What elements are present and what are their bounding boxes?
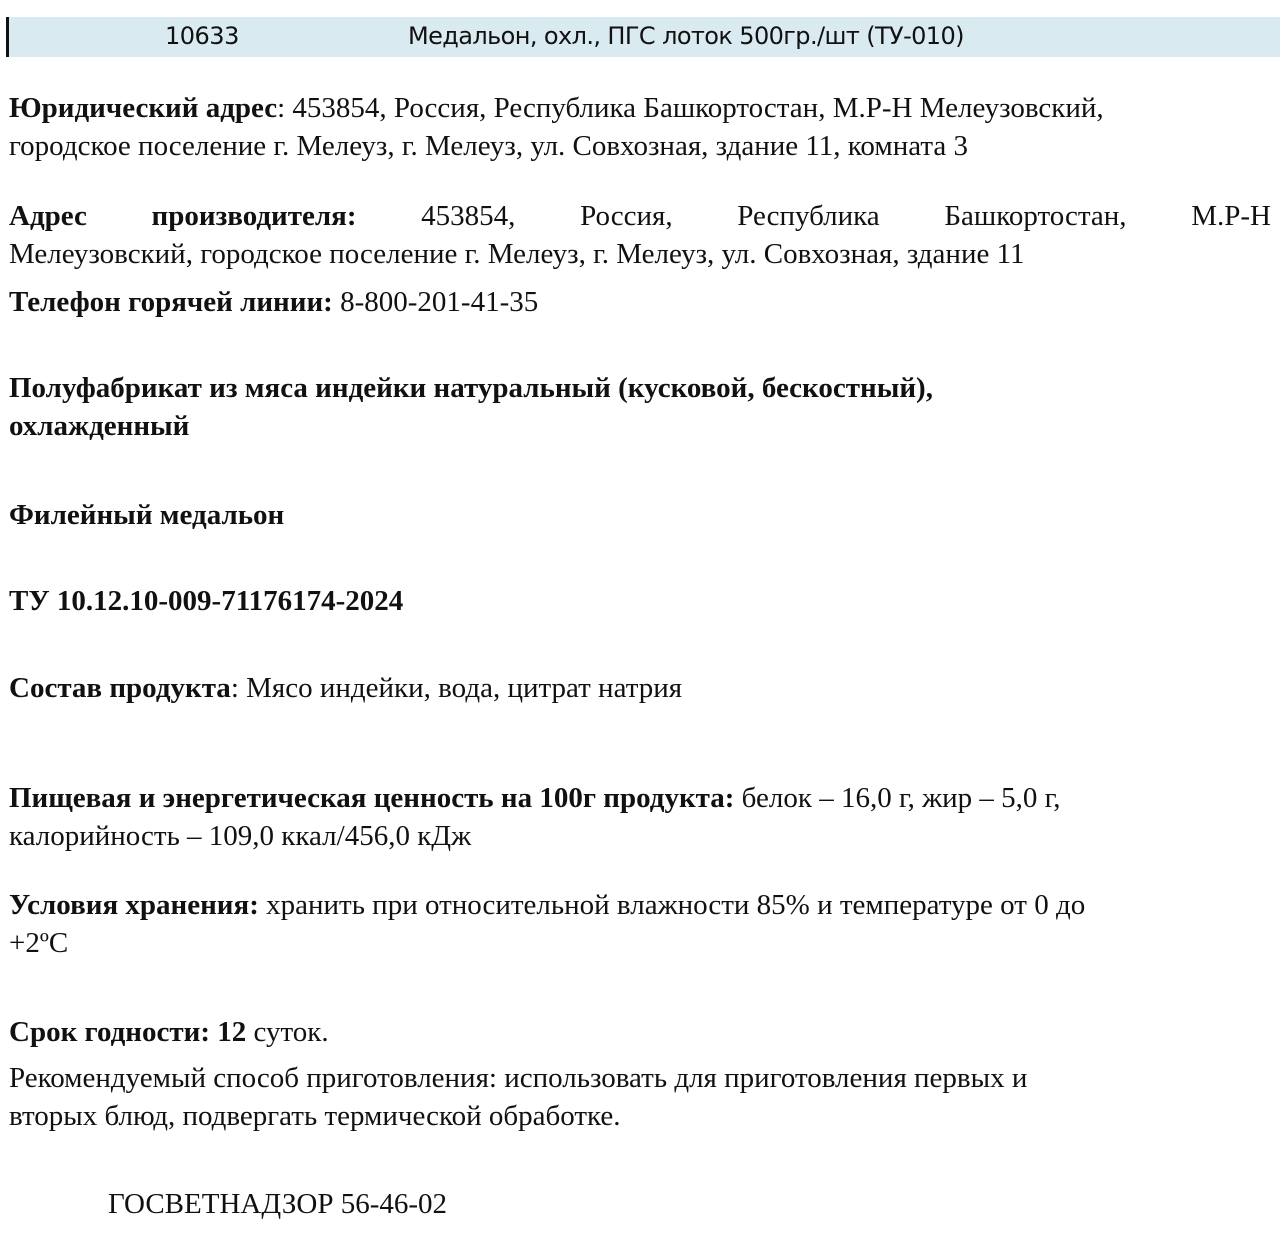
cooking-line-1: Рекомендуемый способ приготовления: испо… [9,1059,1271,1097]
product-type-line-1: Полуфабрикат из мяса индейки натуральный… [9,369,1271,407]
product-header-bar: 10633 Медальон, охл., ПГС лоток 500гр./ш… [6,17,1280,57]
manufacturer-address: Адреспроизводителя:453854,Россия,Республ… [9,197,1271,273]
composition-label: Состав продукта [9,672,231,704]
shelf-life-days: 12 [210,1016,246,1048]
shelf-life: Срок годности: 12 суток. [9,1013,1271,1051]
manufacturer-address-word: М.Р-Н [1191,197,1271,235]
composition-separator: : [231,672,246,704]
composition: Состав продукта: Мясо индейки, вода, цит… [9,669,1271,707]
manufacturer-address-word: Адрес [9,197,87,235]
legal-address-line-2: городское поселение г. Мелеуз, г. Мелеуз… [9,127,1271,165]
product-header-name: Медальон, охл., ПГС лоток 500гр./шт (ТУ-… [408,22,964,50]
manufacturer-address-line-1: Адреспроизводителя:453854,Россия,Республ… [9,197,1271,235]
product-type-line-2: охлажденный [9,407,1271,445]
storage-line-1: Условия хранения: хранить при относитель… [9,886,1271,924]
storage-conditions: Условия хранения: хранить при относитель… [9,886,1271,962]
shelf-life-label: Срок годности: [9,1016,210,1048]
storage-value: хранить при относительной влажности 85% … [259,889,1085,921]
product-code: 10633 [165,22,239,50]
manufacturer-address-word: Республика [737,197,879,235]
manufacturer-address-word: 453854, [421,197,515,235]
shelf-life-unit: суток. [246,1016,328,1048]
storage-label: Условия хранения: [9,889,259,921]
manufacturer-address-word: производителя: [152,197,357,235]
cooking-line-2: вторых блюд, подвергать термической обра… [9,1097,1271,1135]
composition-value: Мясо индейки, вода, цитрат натрия [246,672,682,704]
legal-address-value: 453854, Россия, Республика Башкортостан,… [292,92,1103,124]
legal-address-line-1: Юридический адрес: 453854, Россия, Респу… [9,89,1271,127]
vet-supervision-code: ГОСВЕТНАДЗОР 56-46-02 [108,1185,1280,1223]
legal-address: Юридический адрес: 453854, Россия, Респу… [9,89,1271,165]
manufacturer-address-line-2: Мелеузовский, городское поселение г. Мел… [9,235,1271,273]
spec-standard: ТУ 10.12.10-009-71176174-2024 [9,582,1271,620]
product-name: Филейный медальон [9,496,1271,534]
legal-address-label: Юридический адрес [9,92,277,124]
hotline-phone: Телефон горячей линии: 8-800-201-41-35 [9,283,1271,321]
nutrition-line-2: калорийность – 109,0 ккал/456,0 кДж [9,817,1271,855]
nutrition-label: Пищевая и энергетическая ценность на 100… [9,782,734,814]
storage-line-2: +2ºС [9,924,1271,962]
product-type: Полуфабрикат из мяса индейки натуральный… [9,369,1271,445]
hotline-label: Телефон горячей линии: [9,286,333,318]
manufacturer-address-word: Башкортостан, [944,197,1126,235]
manufacturer-address-word: Россия, [580,197,672,235]
legal-address-separator: : [277,92,292,124]
nutrition-line-1: Пищевая и энергетическая ценность на 100… [9,779,1271,817]
nutrition-facts: Пищевая и энергетическая ценность на 100… [9,779,1271,855]
cooking-recommendation: Рекомендуемый способ приготовления: испо… [9,1059,1271,1135]
hotline-value: 8-800-201-41-35 [333,286,538,318]
nutrition-value: белок – 16,0 г, жир – 5,0 г, [734,782,1060,814]
